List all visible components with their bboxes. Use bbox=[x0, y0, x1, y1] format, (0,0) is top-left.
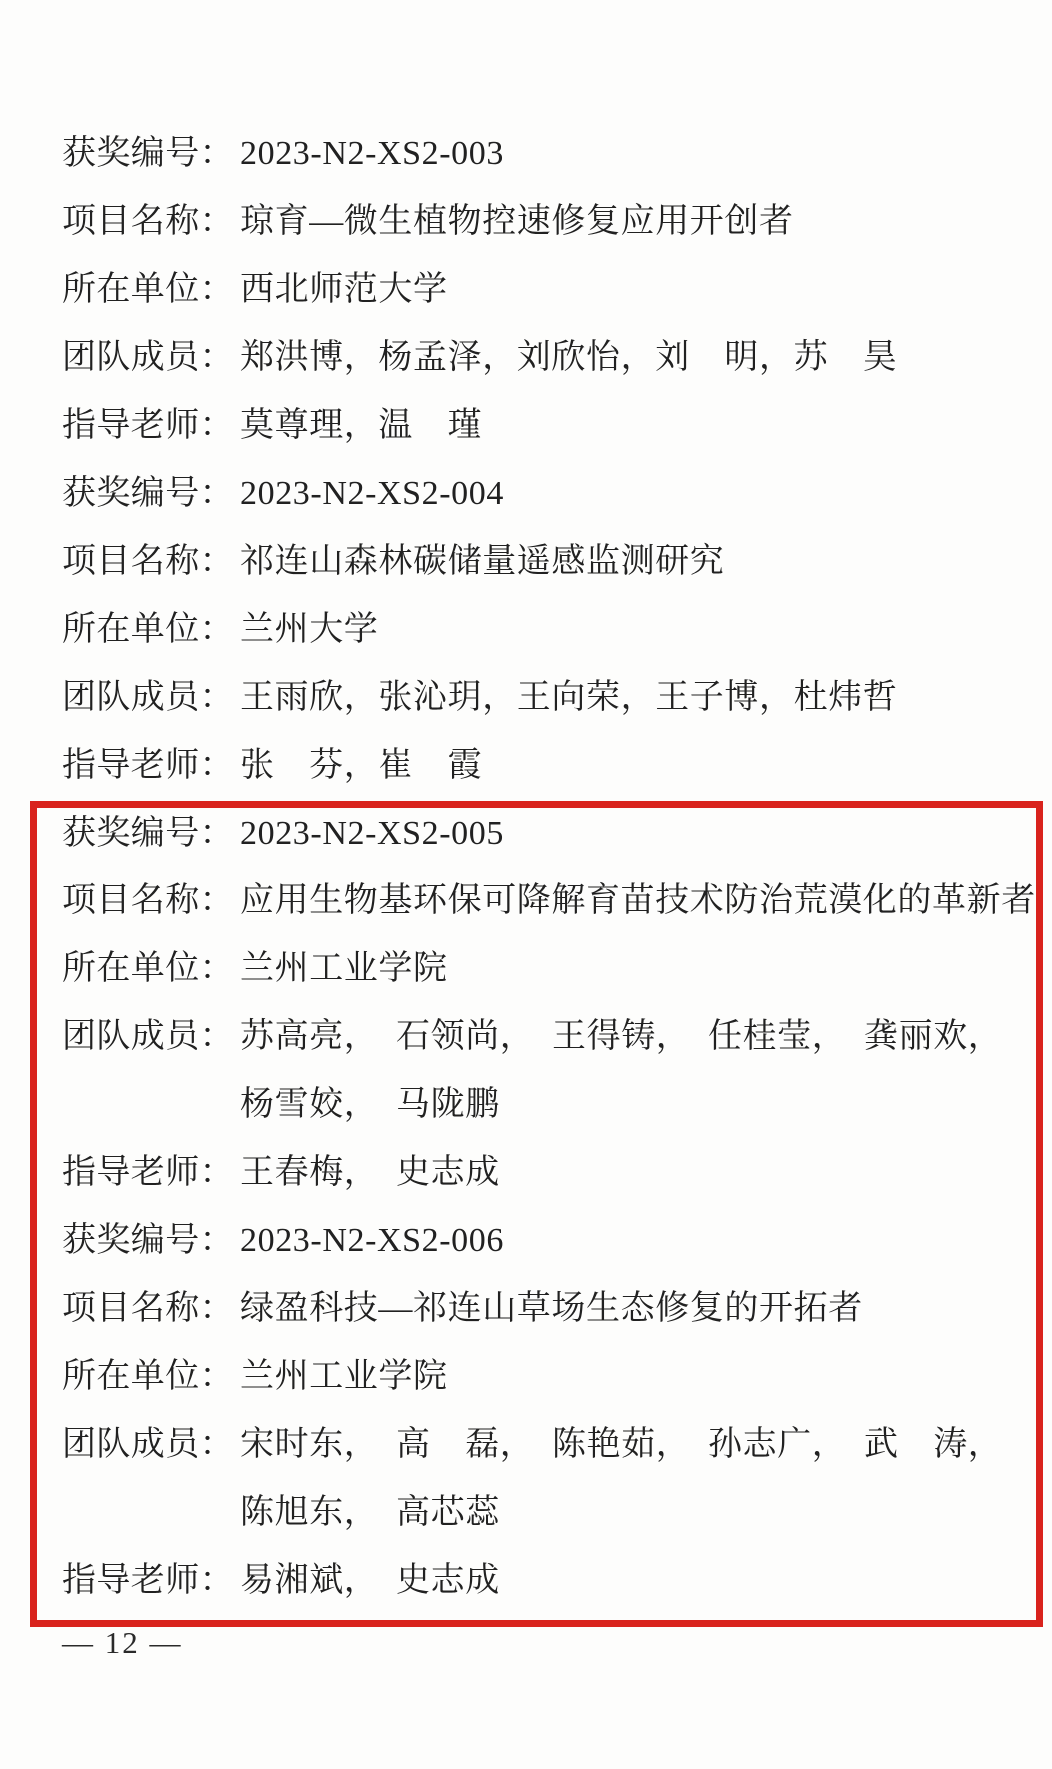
field-label: 所在单位： bbox=[62, 611, 234, 648]
field-row: 指导老师：王春梅， 史志成 bbox=[62, 1139, 1052, 1207]
field-value: 张 芬，崔 霞 bbox=[240, 732, 482, 800]
field-value: 2023-N2-XS2-005 bbox=[240, 800, 504, 868]
field-row: 所在单位：西北师范大学 bbox=[62, 256, 1052, 324]
field-value: 2023-N2-XS2-004 bbox=[240, 460, 504, 528]
field-value: 应用生物基环保可降解育苗技术防治荒漠化的革新者 bbox=[240, 867, 1036, 935]
field-value: 杨雪姣， 马陇鹏 bbox=[240, 1071, 500, 1139]
field-row: 获奖编号：2023-N2-XS2-005 bbox=[62, 800, 1052, 868]
field-value: 易湘斌， 史志成 bbox=[240, 1547, 500, 1615]
field-label: 获奖编号： bbox=[62, 135, 234, 172]
field-value: 宋时东， 高 磊， 陈艳茹， 孙志广， 武 涛， bbox=[240, 1411, 1002, 1479]
field-row: 指导老师：莫尊理，温 瑾 bbox=[62, 392, 1052, 460]
field-value: 兰州工业学院 bbox=[240, 935, 448, 1003]
field-label: 获奖编号： bbox=[62, 1222, 234, 1259]
field-value: 兰州大学 bbox=[240, 596, 378, 664]
field-label: 项目名称： bbox=[62, 1290, 234, 1327]
field-row: 获奖编号：2023-N2-XS2-006 bbox=[62, 1207, 1052, 1275]
field-label: 团队成员： bbox=[62, 679, 234, 716]
field-row: 陈旭东， 高芯蕊 bbox=[62, 1479, 1052, 1547]
field-value: 2023-N2-XS2-006 bbox=[240, 1207, 504, 1275]
page-footer: — 12 — bbox=[62, 1612, 183, 1674]
field-value: 琼育—微生植物控速修复应用开创者 bbox=[240, 188, 794, 256]
field-value: 陈旭东， 高芯蕊 bbox=[240, 1479, 500, 1547]
field-value: 西北师范大学 bbox=[240, 256, 448, 324]
field-label: 所在单位： bbox=[62, 1358, 234, 1395]
field-label: 团队成员： bbox=[62, 1426, 234, 1463]
field-label: 项目名称： bbox=[62, 203, 234, 240]
document-page: — 12 — 获奖编号：2023-N2-XS2-003项目名称：琼育—微生植物控… bbox=[0, 0, 1052, 1769]
field-row: 杨雪姣， 马陇鹏 bbox=[62, 1071, 1052, 1139]
field-label: 所在单位： bbox=[62, 950, 234, 987]
field-value: 王雨欣，张沁玥，王向荣，王子博，杜炜哲 bbox=[240, 664, 897, 732]
field-row: 项目名称：祁连山森林碳储量遥感监测研究 bbox=[62, 528, 1052, 596]
field-label: 指导老师： bbox=[62, 747, 234, 784]
field-label: 团队成员： bbox=[62, 339, 234, 376]
field-row: 获奖编号：2023-N2-XS2-003 bbox=[62, 120, 1052, 188]
field-label: 获奖编号： bbox=[62, 815, 234, 852]
field-label: 获奖编号： bbox=[62, 475, 234, 512]
field-value: 祁连山森林碳储量遥感监测研究 bbox=[240, 528, 724, 596]
field-value: 苏高亮， 石领尚， 王得铸， 任桂莹， 龚丽欢， bbox=[240, 1003, 1002, 1071]
field-row: 获奖编号：2023-N2-XS2-004 bbox=[62, 460, 1052, 528]
field-label: 指导老师： bbox=[62, 1154, 234, 1191]
field-value: 2023-N2-XS2-003 bbox=[240, 120, 504, 188]
field-label: 项目名称： bbox=[62, 882, 234, 919]
field-row: 团队成员：苏高亮， 石领尚， 王得铸， 任桂莹， 龚丽欢， bbox=[62, 1003, 1052, 1071]
field-row: 项目名称：应用生物基环保可降解育苗技术防治荒漠化的革新者 bbox=[62, 867, 1052, 935]
field-label: 项目名称： bbox=[62, 543, 234, 580]
field-row: 团队成员：王雨欣，张沁玥，王向荣，王子博，杜炜哲 bbox=[62, 664, 1052, 732]
field-label: 指导老师： bbox=[62, 407, 234, 444]
field-label: 所在单位： bbox=[62, 271, 234, 308]
field-row: 项目名称：绿盈科技—祁连山草场生态修复的开拓者 bbox=[62, 1275, 1052, 1343]
field-row: 指导老师：张 芬，崔 霞 bbox=[62, 732, 1052, 800]
field-value: 兰州工业学院 bbox=[240, 1343, 448, 1411]
field-row: 项目名称：琼育—微生植物控速修复应用开创者 bbox=[62, 188, 1052, 256]
field-row: 指导老师：易湘斌， 史志成 bbox=[62, 1547, 1052, 1615]
field-value: 莫尊理，温 瑾 bbox=[240, 392, 482, 460]
field-value: 郑洪博，杨孟泽，刘欣怡，刘 明，苏 昊 bbox=[240, 324, 897, 392]
field-label: 团队成员： bbox=[62, 1018, 234, 1055]
field-label: 指导老师： bbox=[62, 1562, 234, 1599]
field-row: 所在单位：兰州工业学院 bbox=[62, 935, 1052, 1003]
field-row: 团队成员：郑洪博，杨孟泽，刘欣怡，刘 明，苏 昊 bbox=[62, 324, 1052, 392]
field-value: 王春梅， 史志成 bbox=[240, 1139, 500, 1207]
field-row: 所在单位：兰州工业学院 bbox=[62, 1343, 1052, 1411]
field-row: 团队成员：宋时东， 高 磊， 陈艳茹， 孙志广， 武 涛， bbox=[62, 1411, 1052, 1479]
field-row: 所在单位：兰州大学 bbox=[62, 596, 1052, 664]
field-value: 绿盈科技—祁连山草场生态修复的开拓者 bbox=[240, 1275, 863, 1343]
